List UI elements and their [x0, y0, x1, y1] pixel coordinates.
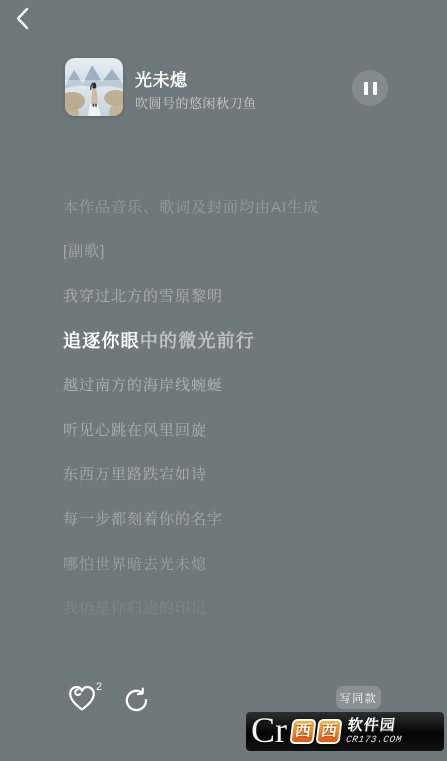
- lyric-line-active[interactable]: 追逐你眼中的微光前行: [63, 318, 431, 363]
- pause-icon: [364, 82, 368, 95]
- lyric-line[interactable]: 我穿过北方的雪原黎明: [63, 273, 431, 318]
- lyric-line[interactable]: 东西万里路跌宕如诗: [63, 452, 431, 497]
- regenerate-button[interactable]: [121, 687, 148, 714]
- watermark-text: 软件园 CR173.COM: [345, 718, 404, 745]
- lyric-line[interactable]: 越过南方的海岸线蜿蜒: [63, 362, 431, 407]
- watermark-site-name: 软件园: [347, 718, 405, 734]
- chevron-left-icon: [10, 5, 36, 31]
- lyric-line[interactable]: [副歌]: [63, 229, 431, 274]
- album-art[interactable]: [65, 58, 123, 116]
- lyrics-list[interactable]: 本作品音乐、歌词及封面均由AI生成[副歌]我穿过北方的雪原黎明追逐你眼中的微光前…: [63, 184, 431, 630]
- back-button[interactable]: [10, 5, 36, 31]
- watermark-site-url: CR173.COM: [345, 734, 402, 745]
- lyric-sung-text: 追逐你眼: [63, 327, 140, 353]
- lyric-unsung-text: 中的微光前行: [140, 327, 255, 353]
- watermark-tile: 西: [315, 719, 342, 744]
- pause-button[interactable]: [352, 70, 388, 106]
- lyric-line[interactable]: 听见心跳在风里回旋: [63, 407, 431, 452]
- album-art-image: [65, 58, 123, 116]
- watermark-cr-logo: Cr: [251, 713, 287, 747]
- lyric-line[interactable]: 我仍是你归途的印记: [63, 585, 431, 630]
- site-watermark: Cr 西 西 软件园 CR173.COM: [246, 712, 444, 751]
- like-count: 2: [96, 681, 102, 693]
- circular-arrow-icon: [121, 687, 148, 714]
- song-title: 光未熄: [135, 66, 188, 91]
- watermark-tiles: 西 西: [289, 719, 342, 744]
- lyric-line[interactable]: 本作品音乐、歌词及封面均由AI生成: [63, 184, 431, 229]
- song-artist: 吹圆号的悠闲秋刀鱼: [135, 93, 257, 112]
- lyric-line[interactable]: 每一步都刻着你的名字: [63, 496, 431, 541]
- lyrics-screen: { "colors": { "background": "#6f797c", "…: [0, 0, 447, 761]
- lyric-line[interactable]: 哪怕世界暗去光未熄: [63, 541, 431, 586]
- watermark-tile: 西: [289, 719, 316, 744]
- make-same-style-button[interactable]: 写同款: [336, 686, 381, 709]
- heart-icon: [66, 683, 98, 713]
